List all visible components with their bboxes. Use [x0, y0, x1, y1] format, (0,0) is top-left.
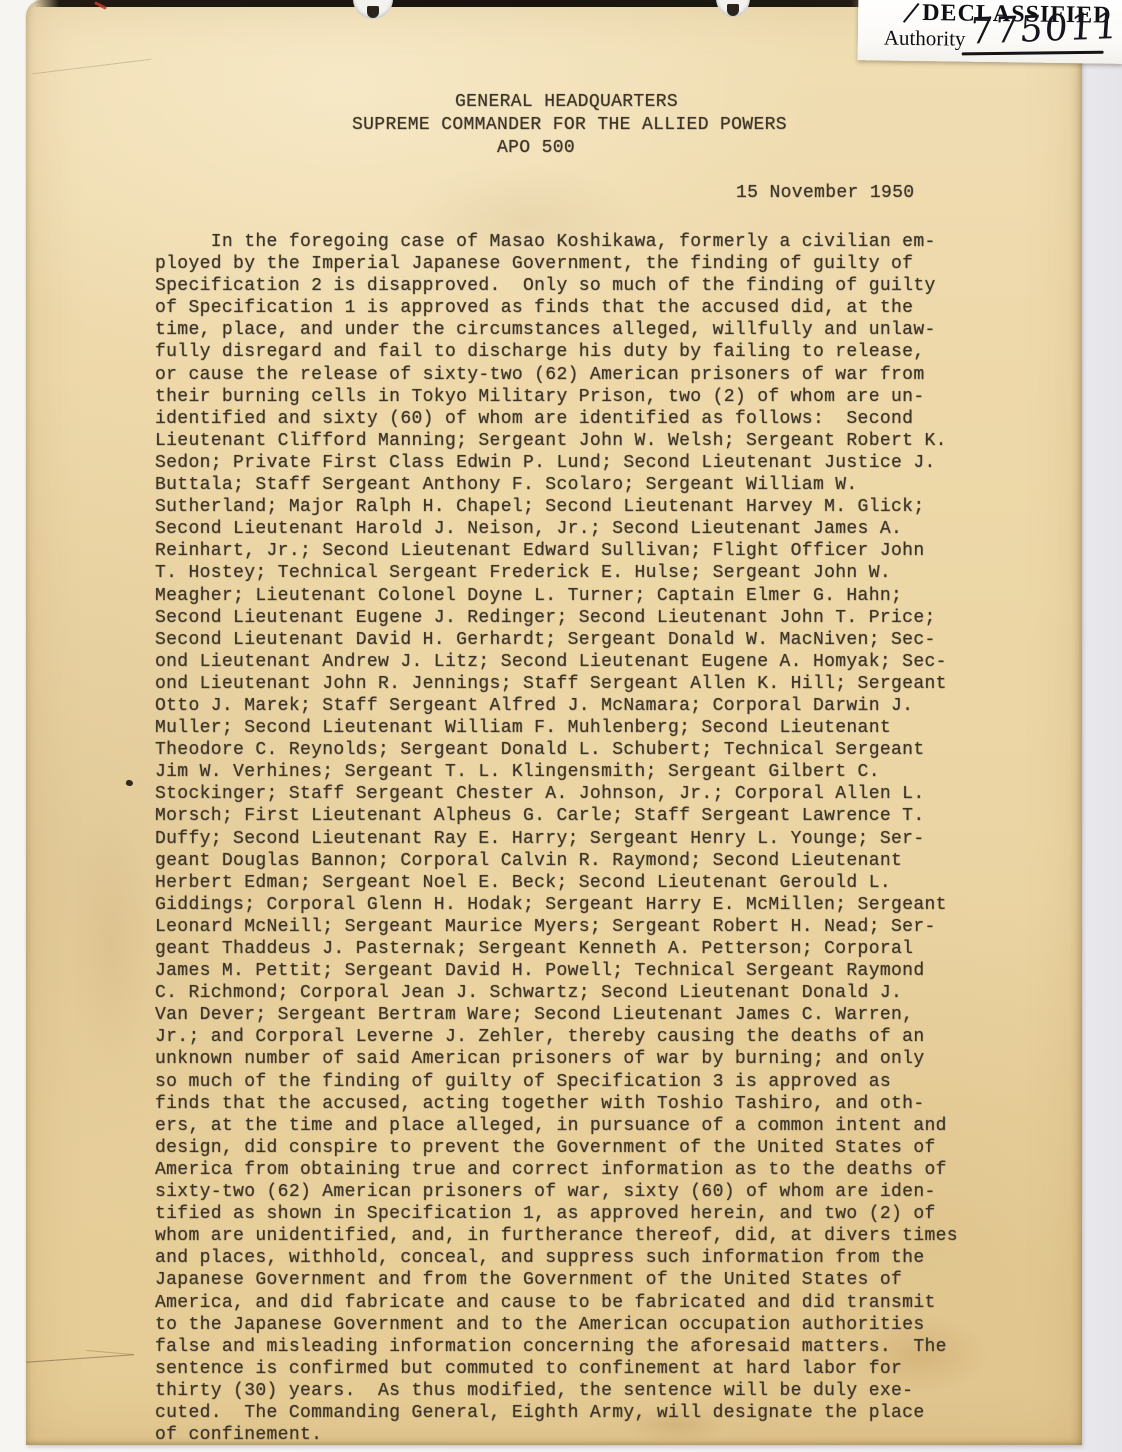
crease-bottom-left [26, 1354, 134, 1363]
paper-sheet: GENERAL HEADQUARTERS SUPREME COMMANDER F… [26, 0, 1082, 1445]
header-line-2: SUPREME COMMANDER FOR THE ALLIED POWERS [352, 115, 787, 135]
stamp-slash-mark [903, 3, 920, 23]
margin-dot-mark [125, 779, 133, 786]
punch-hole-right [716, 0, 750, 17]
paper-stain [56, 780, 166, 1110]
declassified-stamp: DECLASSIFIED Authority 775011 [858, 0, 1122, 64]
body-text: In the foregoing case of Masao Koshikawa… [155, 231, 970, 1446]
authority-number-handwritten: 775011 [969, 6, 1121, 53]
date-line: 15 November 1950 [736, 183, 914, 203]
punch-hole-left [353, 0, 393, 19]
authority-underline [962, 51, 1104, 55]
header-line-3: APO 500 [497, 138, 575, 158]
header-line-1: GENERAL HEADQUARTERS [455, 92, 678, 112]
authority-label: Authority [884, 26, 966, 52]
crease-bottom-left-2 [86, 1350, 134, 1355]
crease-top-left [32, 59, 151, 75]
